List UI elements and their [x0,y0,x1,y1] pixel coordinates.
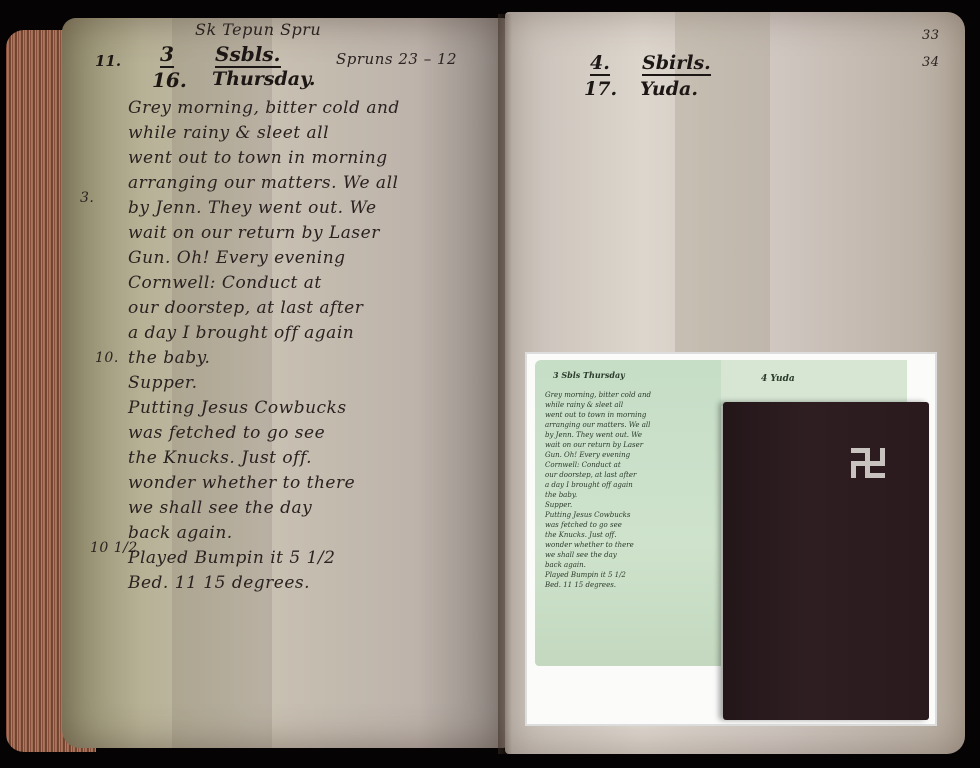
entry-line: back again. [128,521,400,546]
inset-tab-heading: 4 Yuda [761,374,795,384]
margin-mark: 10. [95,350,119,366]
entry-line: a day I brought off again [128,321,400,346]
entry-line: our doorstep, at last after [128,296,400,321]
diary-cover [723,402,929,720]
entry-line: Supper. [128,371,400,396]
inset-entry: Grey morning, bitter cold and while rain… [545,390,651,590]
margin-mark: 10 1/2 [90,540,138,556]
date-top: 3 [160,42,174,68]
entry-line: Cornwell: Conduct at [128,271,400,296]
entry-line: wait on our return by Laser [128,221,400,246]
inset-page-heading: 3 Sbls Thursday [553,370,625,380]
entry-line: the baby. [128,346,400,371]
inset-photo: 3 Sbls Thursday Grey morning, bitter col… [525,352,937,726]
entry-line: Played Bumpin it 5 1/2 [128,546,400,571]
heading-bottom: Thursday. [212,68,316,90]
inset-page-tab: 4 Yuda [721,360,907,406]
entry-line: the Knucks. Just off. [128,446,400,471]
entry-line: was fetched to go see [128,421,400,446]
heading-top: Ssbls. [215,42,281,68]
cover-emblem-icon [847,444,889,482]
entry-line: while rainy & sleet all [128,121,400,146]
entry-line: by Jenn. They went out. We [128,196,400,221]
entry-line: we shall see the day [128,496,400,521]
diary-photo: Sk Tepun Spru 11. 3 16. Ssbls. Thursday.… [0,0,980,768]
date-bottom: 16. [152,68,187,92]
entry-line: Gun. Oh! Every evening [128,246,400,271]
entry-line: Grey morning, bitter cold and [128,96,400,121]
right-heading-top: Sbirls. [642,52,711,76]
margin-mark: 3. [80,190,94,206]
margin-number: 11. [95,52,121,70]
right-date-bottom: 17. [584,78,617,100]
right-date-top: 4. [590,52,610,76]
entry-line: Putting Jesus Cowbucks [128,396,400,421]
entry-line: wonder whether to there [128,471,400,496]
book-gutter [498,14,512,754]
corner-number: 33 [922,28,940,43]
entry-line: went out to town in morning [128,146,400,171]
inset-diary-page: 3 Sbls Thursday Grey morning, bitter col… [535,360,721,666]
right-heading-bottom: Yuda. [640,78,698,100]
top-note: Sk Tepun Spru [195,20,321,39]
diary-entry: Grey morning, bitter cold and while rain… [128,96,400,596]
entry-line: arranging our matters. We all [128,171,400,196]
corner-number: 34 [922,55,940,70]
right-note: Spruns 23 – 12 [336,50,457,68]
entry-line: Bed. 11 15 degrees. [128,571,400,596]
